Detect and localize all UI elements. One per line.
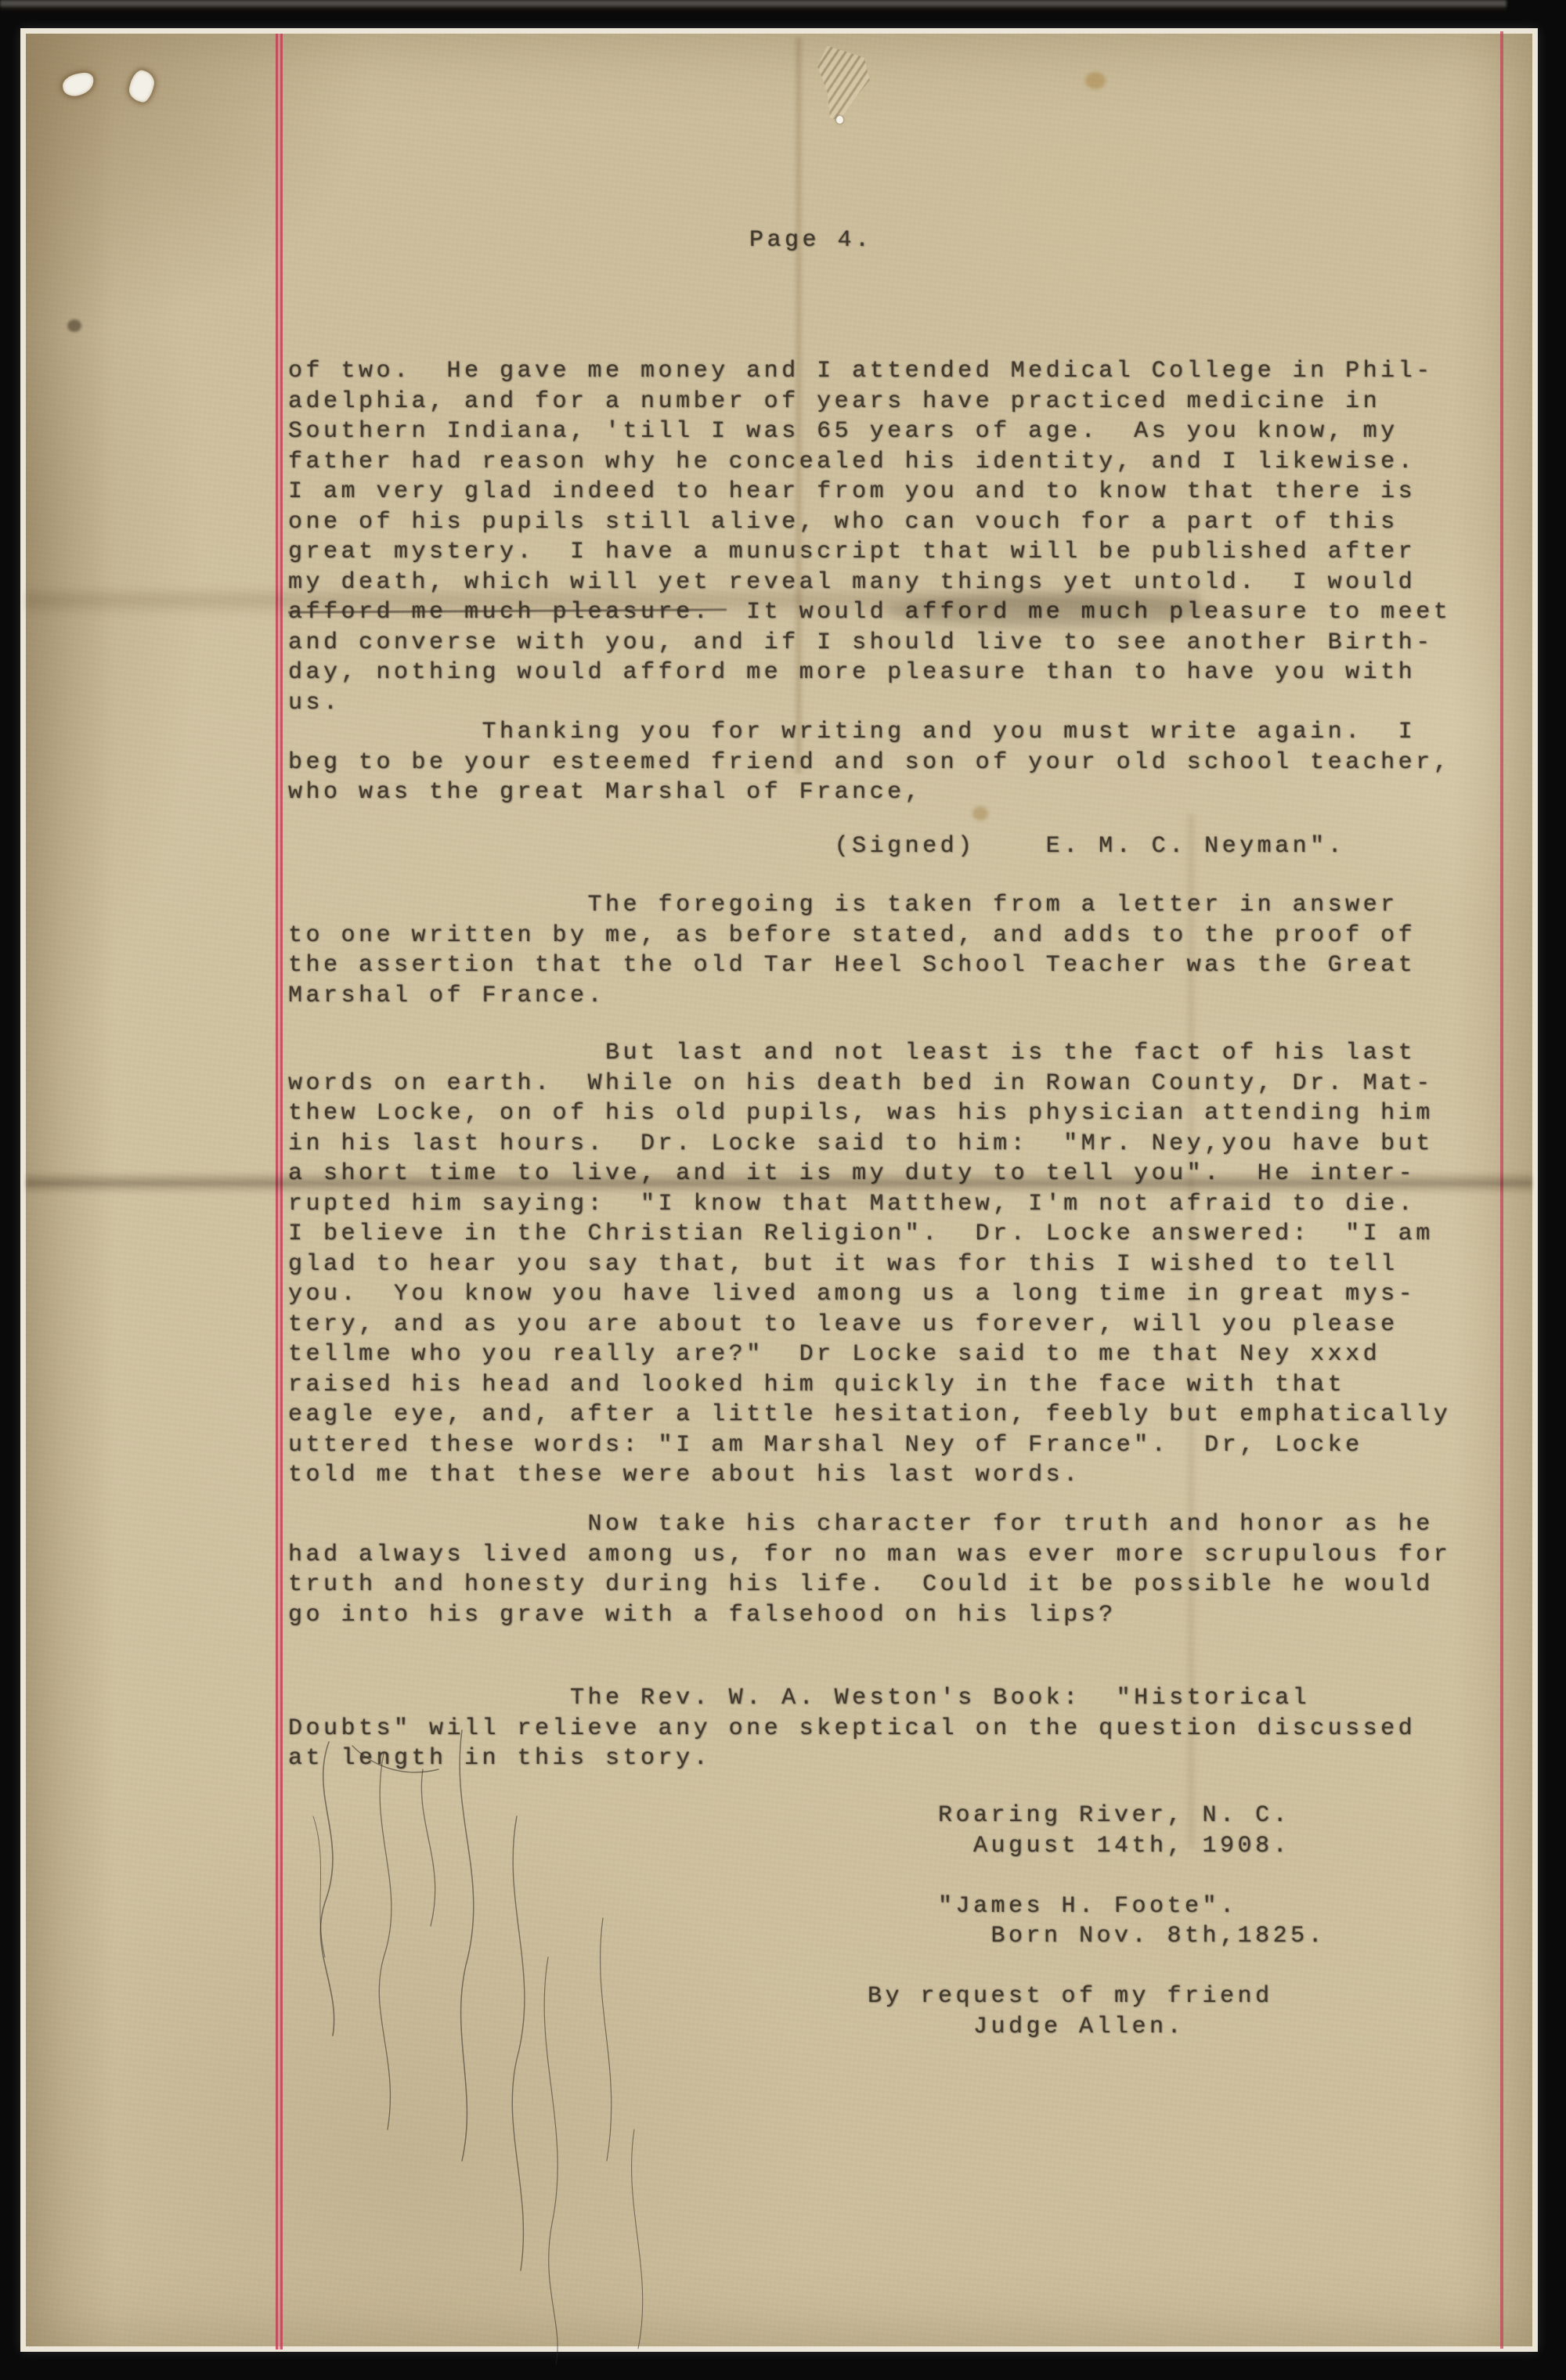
typed-line: raised his head and looked him quickly i… [288,1370,1451,1401]
typed-line: "James H. Foote". [868,1891,1326,1922]
typed-line: who was the great Marshal of France, [288,777,1451,808]
typed-line: Roaring River, N. C. [868,1801,1326,1831]
typed-line: thew Locke, on of his old pupils, was hi… [288,1098,1451,1129]
typed-line: Doubts" will relieve any one skeptical o… [288,1714,1416,1744]
typed-line: glad to hear you say that, but it was fo… [288,1249,1451,1280]
typed-line: my death, which will yet reveal many thi… [288,568,1451,598]
typed-line: father had reason why he concealed his i… [288,447,1451,478]
typed-line: day, nothing would afford me more pleasu… [288,658,1451,688]
typed-line: August 14th, 1908. [868,1831,1326,1862]
paragraph-weston-book: The Rev. W. A. Weston's Book: "Historica… [288,1683,1416,1774]
typed-line: Judge Allen. [868,2012,1326,2043]
typed-line: adelphia, and for a number of years have… [288,387,1451,417]
typed-line: and converse with you, and if I should l… [288,628,1451,658]
typed-line: Southern Indiana, 'till I was 65 years o… [288,416,1451,447]
page-number-label: Page 4. [749,225,873,256]
typed-line: By request of my friend [868,1982,1326,2012]
typed-line: in his last hours. Dr. Locke said to him… [288,1129,1451,1159]
typed-line: words on earth. While on his death bed i… [288,1069,1451,1099]
scanned-document-page: { "colors": { "background": "#0a0a0a", "… [0,0,1566,2380]
closing-block: Roaring River, N. C. August 14th, 1908. … [868,1801,1326,2042]
typed-line: the assertion that the old Tar Heel Scho… [288,950,1416,981]
paragraph-character: Now take his character for truth and hon… [288,1509,1451,1630]
page-number-heading: Page 4. [749,225,873,256]
typed-line: But last and not least is the fact of hi… [288,1038,1451,1069]
typed-line: go into his grave with a falsehood on hi… [288,1600,1451,1631]
typed-line [868,1861,1326,1891]
typed-line: The foregoing is taken from a letter in … [288,890,1416,921]
typed-line: tellme who you really are?" Dr Locke sai… [288,1340,1451,1370]
typed-line: Now take his character for truth and hon… [288,1509,1451,1540]
typed-line: tery, and as you are about to leave us f… [288,1310,1451,1340]
typed-line: a short time to live, and it is my duty … [288,1159,1451,1189]
typed-text-layer: Page 4. of two. He gave me money and I a… [0,0,1566,2380]
signature-line: (Signed) E. M. C. Neyman". [288,831,1345,862]
typed-line [868,1952,1326,1982]
paragraph-letter-body-1: of two. He gave me money and I attended … [288,356,1451,718]
paragraph-foregoing: The foregoing is taken from a letter in … [288,890,1416,1011]
typed-line: afford me much pleasure. It would afford… [288,597,1451,628]
typed-line: us. [288,688,1451,719]
typed-line: to one written by me, as before stated, … [288,921,1416,951]
typed-line: you. You know you have lived among us a … [288,1279,1451,1310]
typed-line: beg to be your esteemed friend and son o… [288,748,1451,778]
embossed-crimp-tip [836,116,843,124]
typed-line: one of his pupils still alive, who can v… [288,507,1451,538]
typed-line: I believe in the Christian Religion". Dr… [288,1219,1451,1249]
paragraph-last-words: But last and not least is the fact of hi… [288,1038,1451,1491]
typed-line: Marshal of France. [288,981,1416,1012]
typed-line: of two. He gave me money and I attended … [288,356,1451,387]
typed-line: truth and honesty during his life. Could… [288,1570,1451,1600]
typed-line: Born Nov. 8th,1825. [868,1921,1326,1952]
typed-line: had always lived among us, for no man wa… [288,1540,1451,1570]
typed-line: great mystery. I have a munuscript that … [288,537,1451,568]
paragraph-letter-closing: Thanking you for writing and you must wr… [288,717,1451,808]
typed-line: (Signed) E. M. C. Neyman". [288,831,1345,862]
typed-line: rupted him saying: "I know that Matthew,… [288,1189,1451,1220]
typed-line: eagle eye, and, after a little hesitatio… [288,1400,1451,1430]
typed-line: I am very glad indeed to hear from you a… [288,477,1451,507]
typed-line: The Rev. W. A. Weston's Book: "Historica… [288,1683,1416,1714]
typed-line: at length in this story. [288,1744,1416,1774]
typed-line: Thanking you for writing and you must wr… [288,717,1451,748]
typed-line: uttered these words: "I am Marshal Ney o… [288,1430,1451,1461]
typed-line: told me that these were about his last w… [288,1460,1451,1491]
